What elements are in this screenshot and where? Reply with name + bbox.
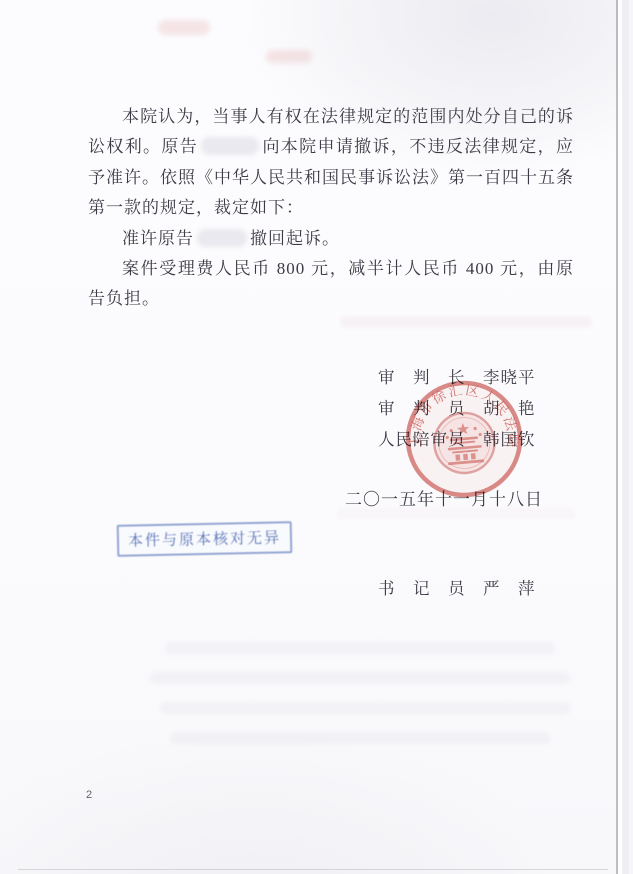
ghost-bleedthrough-text [340,316,592,328]
scan-edge-strip [618,0,633,874]
verification-stamp: 本件与原本核对无异 [117,521,293,557]
scan-bottom-edge [18,869,608,870]
faint-ink-smudge [158,20,210,35]
ghost-bleedthrough-text [150,672,570,684]
ruling-text-before-redaction: 准许原告 [122,229,194,248]
page-number: 2 [86,789,92,801]
ruling-text-after-redaction: 撤回起诉。 [250,229,340,248]
ghost-bleedthrough-text [165,642,555,654]
paragraph-court-fees: 案件受理费人民币 800 元，减半计人民币 400 元，由原告负担。 [88,254,574,315]
court-seal: 上海市徐汇区人民法院 [402,377,526,501]
paragraph-court-opinion: 本院认为，当事人有权在法律规定的范围内处分自己的诉讼权利。原告向本院申请撤诉，不… [88,102,574,224]
clerk-line: 书 记 员 严 萍 [378,575,536,599]
faint-ink-smudge [266,50,312,63]
redacted-plaintiff-name [197,229,247,247]
scanned-court-document-page: 本院认为，当事人有权在法律规定的范围内处分自己的诉讼权利。原告向本院申请撤诉，不… [0,0,633,874]
redacted-plaintiff-name [201,137,259,155]
paragraph-ruling-item: 准许原告撤回起诉。 [88,224,574,254]
ghost-bleedthrough-text [170,732,550,744]
ghost-bleedthrough-text [160,702,570,714]
ruling-body-text: 本院认为，当事人有权在法律规定的范围内处分自己的诉讼权利。原告向本院申请撤诉，不… [88,102,574,315]
